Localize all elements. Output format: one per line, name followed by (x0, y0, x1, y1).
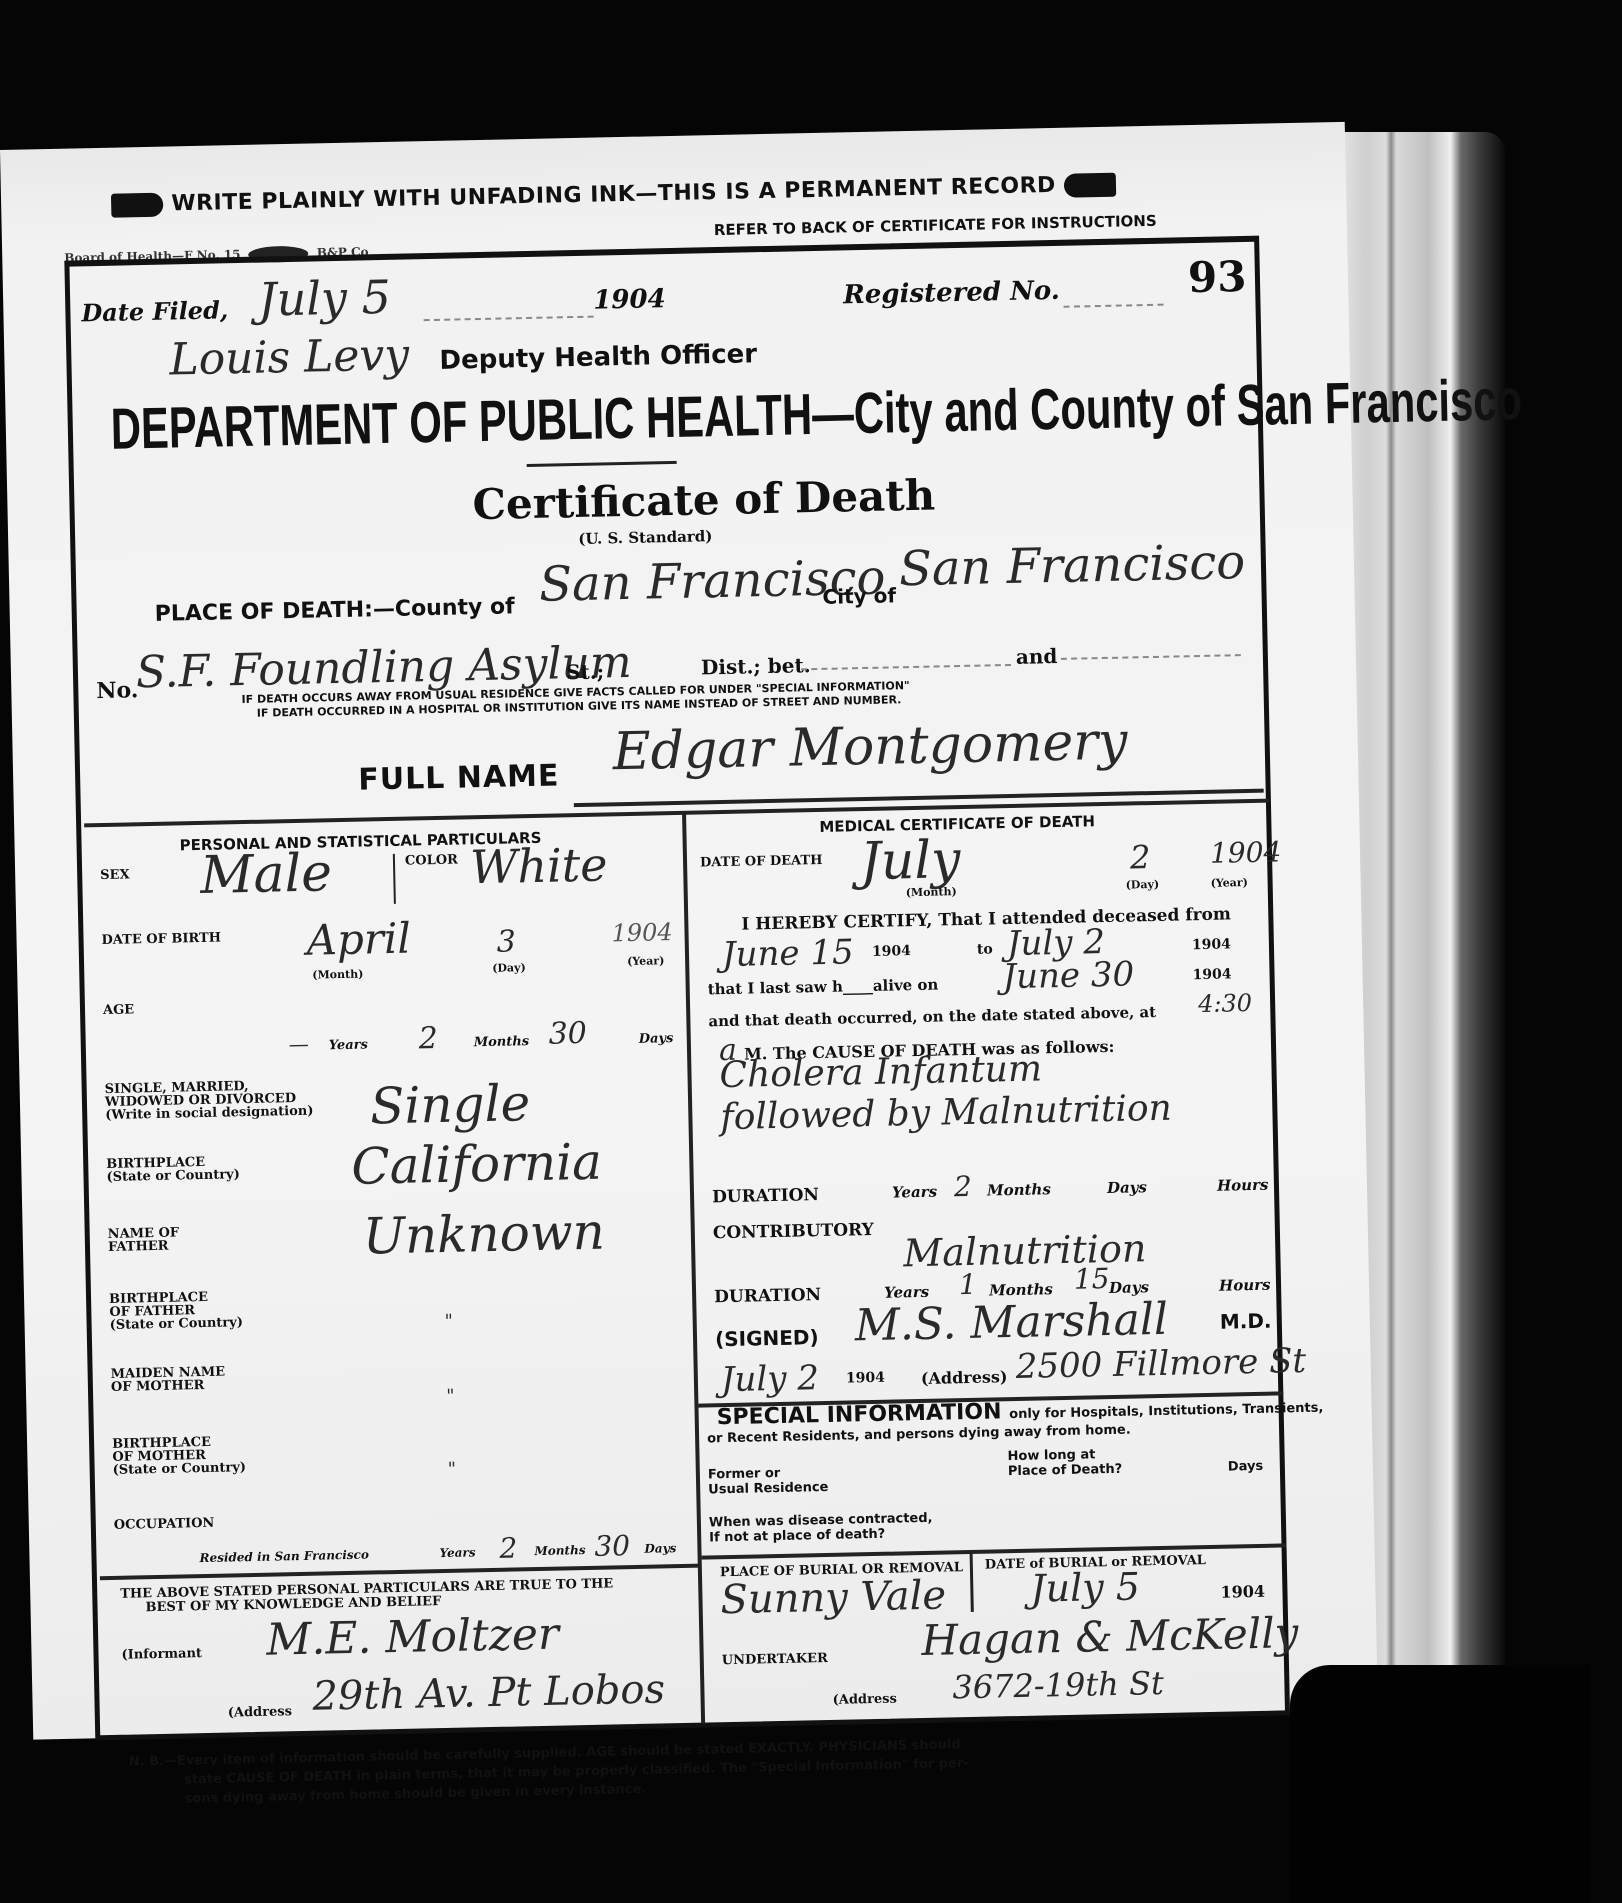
undertaker-label: UNDERTAKER (722, 1651, 828, 1668)
former-residence-label-2: Usual Residence (708, 1480, 829, 1498)
pointing-hand-icon (1064, 173, 1116, 198)
last-saw-year: 1904 (1192, 966, 1231, 983)
instruction-text: WRITE PLAINLY WITH UNFADING INK—THIS IS … (171, 173, 1056, 217)
dod-day-caption: (Day) (1126, 878, 1160, 892)
city-label: City of (822, 583, 896, 609)
informant-name: M.E. Moltzer (266, 1609, 560, 1666)
dur2-days: 15 (1074, 1262, 1110, 1296)
sex-value: Male (200, 843, 333, 906)
registered-label: Registered No. (843, 276, 1060, 311)
dod-year-caption: (Year) (1210, 876, 1247, 890)
resided-months: 2 (499, 1531, 518, 1564)
year-caption: (Year) (627, 954, 664, 968)
undertaker-address-label: (Address (832, 1692, 896, 1708)
health-officer-signature: Louis Levy (169, 329, 410, 385)
former-residence-label: Former or Usual Residence (708, 1465, 829, 1498)
last-saw-date: June 30 (1002, 954, 1134, 997)
informant-address: 29th Av. Pt Lobos (312, 1666, 665, 1719)
father-label-2: FATHER (108, 1239, 180, 1253)
mother-bp-label-3: (State or Country) (113, 1461, 247, 1477)
signed-label: (SIGNED) (715, 1325, 819, 1351)
age-months: 2 (418, 1021, 438, 1056)
date-of-death-day: 2 (1130, 838, 1151, 876)
birthplace-value: California (351, 1133, 603, 1196)
mother-birthplace-value: " (448, 1459, 457, 1480)
date-filed-year: 1904 (593, 284, 666, 316)
burial-place: Sunny Vale (720, 1573, 946, 1624)
dob-label: DATE OF BIRTH (101, 931, 221, 948)
father-name-label: NAME OF FATHER (108, 1226, 180, 1253)
dur1-hours-word: Hours (1217, 1176, 1269, 1195)
informant-address-label: (Address (228, 1704, 292, 1720)
pointing-hand-icon (111, 193, 163, 218)
age-years: — (289, 1032, 309, 1056)
instruction-banner: WRITE PLAINLY WITH UNFADING INK—THIS IS … (111, 172, 1116, 218)
father-birthplace-label: BIRTHPLACE OF FATHER (State or Country) (109, 1290, 243, 1332)
physician-address: 2500 Fillmore St (1015, 1341, 1306, 1387)
dob-day: 3 (496, 924, 516, 959)
dur1-months-word: Months (987, 1180, 1051, 1199)
cause-line-1: Cholera Infantum (719, 1048, 1042, 1096)
contributory-value: Malnutrition (903, 1226, 1147, 1275)
attended-from: June 15 (722, 932, 854, 975)
physician-signature: M.S. Marshall (854, 1294, 1168, 1352)
resided-days-word: Days (644, 1541, 676, 1556)
contracted-label: When was disease contracted, If not at p… (709, 1511, 933, 1546)
signed-date: July 2 (721, 1358, 820, 1400)
marital-label: SINGLE, MARRIED, WIDOWED OR DIVORCED (Wr… (105, 1079, 314, 1122)
mother-name-label: MAIDEN NAME OF MOTHER (111, 1366, 226, 1394)
age-label: AGE (103, 1002, 134, 1018)
street-no-label: No. (96, 677, 139, 704)
mother-birthplace-label: BIRTHPLACE OF MOTHER (State or Country) (112, 1435, 246, 1477)
mother-label-2: OF MOTHER (111, 1379, 226, 1394)
date-filed-value: July 5 (258, 270, 392, 327)
full-name-label: FULL NAME (358, 758, 560, 797)
dur1-months: 2 (954, 1170, 973, 1203)
months-word: Months (474, 1034, 530, 1050)
age-days: 30 (548, 1016, 587, 1052)
resided-years-word: Years (439, 1545, 475, 1560)
dob-year: 1904 (611, 918, 673, 947)
time-of-death: 4:30 (1198, 989, 1252, 1018)
marital-value: Single (370, 1074, 531, 1135)
resided-days: 30 (594, 1529, 630, 1563)
occupation-label: OCCUPATION (114, 1516, 215, 1533)
full-name-value: Edgar Montgomery (612, 712, 1128, 783)
dur1-days-word: Days (1107, 1178, 1147, 1197)
burial-year: 1904 (1220, 1582, 1265, 1602)
undertaker-name: Hagan & McKelly (921, 1608, 1299, 1665)
years-word: Years (329, 1037, 368, 1053)
signed-year: 1904 (846, 1370, 885, 1387)
birthplace-label-2: (State or Country) (106, 1168, 240, 1184)
city-value: San Francisco (898, 534, 1245, 597)
informant-label: (Informant (121, 1646, 202, 1663)
burial-date: July 5 (1030, 1564, 1140, 1610)
date-of-death-label: DATE OF DEATH (700, 853, 823, 871)
undertaker-address: 3672-19th St (952, 1664, 1164, 1706)
father-birthplace-value: " (444, 1311, 453, 1332)
refer-instructions: REFER TO BACK OF CERTIFICATE FOR INSTRUC… (714, 212, 1157, 239)
dod-month-caption: (Month) (906, 885, 957, 899)
district-label: Dist.; bet. (701, 653, 811, 679)
and-label: and (1016, 644, 1058, 669)
resided-months-word: Months (534, 1543, 585, 1558)
death-certificate-page: WRITE PLAINLY WITH UNFADING INK—THIS IS … (0, 122, 1378, 1740)
father-name-value: Unknown (362, 1203, 605, 1266)
dur2-hours-word: Hours (1219, 1276, 1271, 1295)
father-bp-label-3: (State or Country) (110, 1316, 244, 1332)
date-of-death-year: 1904 (1210, 835, 1282, 869)
sex-label: SEX (100, 867, 130, 883)
contributory-label: CONTRIBUTORY (713, 1220, 874, 1243)
date-of-death-month: July (859, 830, 961, 892)
scan-shadow (1290, 1665, 1590, 1903)
dob-month: April (306, 914, 411, 965)
duration-label-1: DURATION (712, 1185, 819, 1207)
attended-from-year: 1904 (872, 943, 911, 960)
md-label: M.D. (1220, 1309, 1272, 1334)
mother-name-value: " (446, 1386, 455, 1407)
month-caption: (Month) (312, 968, 363, 982)
how-long-label: How long at Place of Death? (1007, 1447, 1122, 1479)
street-label: St.; (566, 659, 605, 684)
how-long-label-2: Place of Death? (1008, 1462, 1123, 1479)
date-filed-label: Date Filed, (81, 295, 228, 327)
color-value: White (470, 837, 608, 894)
registered-number: 93 (1187, 252, 1246, 302)
color-label: COLOR (405, 853, 458, 869)
dur1-years-word: Years (892, 1183, 937, 1202)
how-long-days: Days (1228, 1459, 1264, 1475)
attended-to-year: 1904 (1192, 936, 1231, 953)
dur2-months: 1 (959, 1268, 978, 1301)
standard-caption: (U. S. Standard) (578, 527, 712, 548)
days-word: Days (639, 1031, 674, 1047)
duration-label-2: DURATION (714, 1285, 821, 1307)
physician-address-label: (Address) (921, 1367, 1008, 1388)
birthplace-label: BIRTHPLACE (State or Country) (106, 1155, 240, 1184)
footnote: N. B.—Every item of information should b… (129, 1735, 970, 1810)
day-caption: (Day) (492, 961, 526, 975)
certificate-title: Certificate of Death (472, 470, 936, 529)
to-word: to (977, 941, 993, 957)
